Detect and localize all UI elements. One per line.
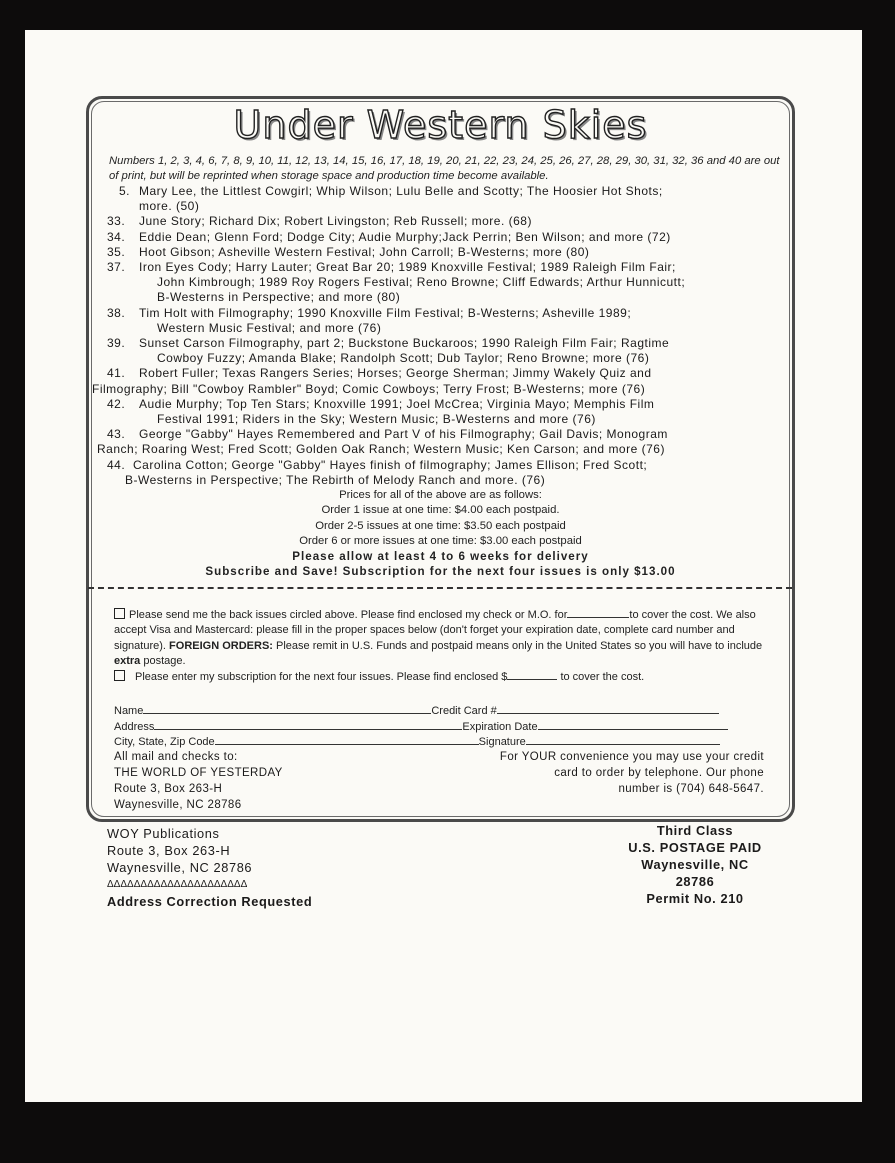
issue-list: 5.Mary Lee, the Littlest Cowgirl; Whip W… [107, 184, 792, 488]
signature-label: Signature [479, 736, 526, 748]
issue-43: 43.George "Gabby" Hayes Remembered and P… [107, 427, 792, 457]
price-tier-3: Order 6 or more issues at one time: $3.0… [89, 534, 792, 549]
issue-44: 44.Carolina Cotton; George "Gabby" Hayes… [107, 458, 792, 488]
address-label: Address [114, 721, 154, 733]
expiration-label: Expiration Date [462, 721, 537, 733]
triangle-row: ΔΔΔΔΔΔΔΔΔΔΔΔΔΔΔΔΔΔΔΔΔ [107, 876, 312, 893]
price-list: Prices for all of the above are as follo… [89, 488, 792, 580]
issue-42: 42.Audie Murphy; Top Ten Stars; Knoxvill… [107, 397, 792, 427]
issue-37: 37.Iron Eyes Cody; Harry Lauter; Great B… [107, 260, 792, 306]
phone-order-note: For YOUR convenience you may use your cr… [444, 749, 764, 797]
check-amount-field[interactable] [567, 607, 629, 618]
price-tier-2: Order 2-5 issues at one time: $3.50 each… [89, 519, 792, 534]
signature-field[interactable] [526, 734, 720, 745]
issue-35: 35.Hoot Gibson; Asheville Western Festiv… [107, 245, 792, 260]
cut-line [88, 587, 792, 589]
address-field[interactable] [154, 719, 462, 730]
catalog-page: Under Western Skies Numbers 1, 2, 3, 4, … [25, 30, 862, 1102]
issue-39: 39.Sunset Carson Filmography, part 2; Bu… [107, 336, 792, 366]
postage-indicia: Third Class U.S. POSTAGE PAID Waynesvill… [605, 822, 785, 907]
subscription-amount-field[interactable] [507, 669, 557, 680]
order-form-box: Under Western Skies Numbers 1, 2, 3, 4, … [86, 96, 795, 822]
price-tier-1: Order 1 issue at one time: $4.00 each po… [89, 503, 792, 518]
credit-card-field[interactable] [497, 703, 719, 714]
out-of-print-note: Numbers 1, 2, 3, 4, 6, 7, 8, 9, 10, 11, … [109, 154, 789, 184]
name-label: Name [114, 705, 143, 717]
subscription-option: Please enter my subscription for the nex… [114, 669, 779, 685]
issue-41: 41.Robert Fuller; Texas Rangers Series; … [107, 366, 792, 396]
customer-fields: NameCredit Card # AddressExpiration Date… [114, 703, 784, 750]
expiration-field[interactable] [538, 719, 728, 730]
order-form: Please send me the back issues circled a… [114, 607, 779, 685]
back-issues-checkbox[interactable] [114, 608, 125, 619]
issue-34: 34.Eddie Dean; Glenn Ford; Dodge City; A… [107, 230, 792, 245]
issue-5: 5.Mary Lee, the Littlest Cowgirl; Whip W… [107, 184, 792, 214]
return-address: WOY Publications Route 3, Box 263-H Wayn… [107, 825, 312, 910]
prices-heading: Prices for all of the above are as follo… [89, 488, 792, 503]
page-title: Under Western Skies [89, 103, 792, 147]
name-field[interactable] [143, 703, 431, 714]
issue-38: 38.Tim Holt with Filmography; 1990 Knoxv… [107, 306, 792, 336]
back-issues-option: Please send me the back issues circled a… [114, 607, 779, 669]
issue-33: 33.June Story; Richard Dix; Robert Livin… [107, 214, 792, 229]
subscribe-note: Subscribe and Save! Subscription for the… [89, 564, 792, 579]
delivery-note: Please allow at least 4 to 6 weeks for d… [89, 549, 792, 564]
subscription-checkbox[interactable] [114, 670, 125, 681]
city-label: City, State, Zip Code [114, 736, 215, 748]
city-state-zip-field[interactable] [215, 734, 479, 745]
card-label: Credit Card # [431, 705, 496, 717]
mailing-address: All mail and checks to: THE WORLD OF YES… [114, 749, 283, 813]
